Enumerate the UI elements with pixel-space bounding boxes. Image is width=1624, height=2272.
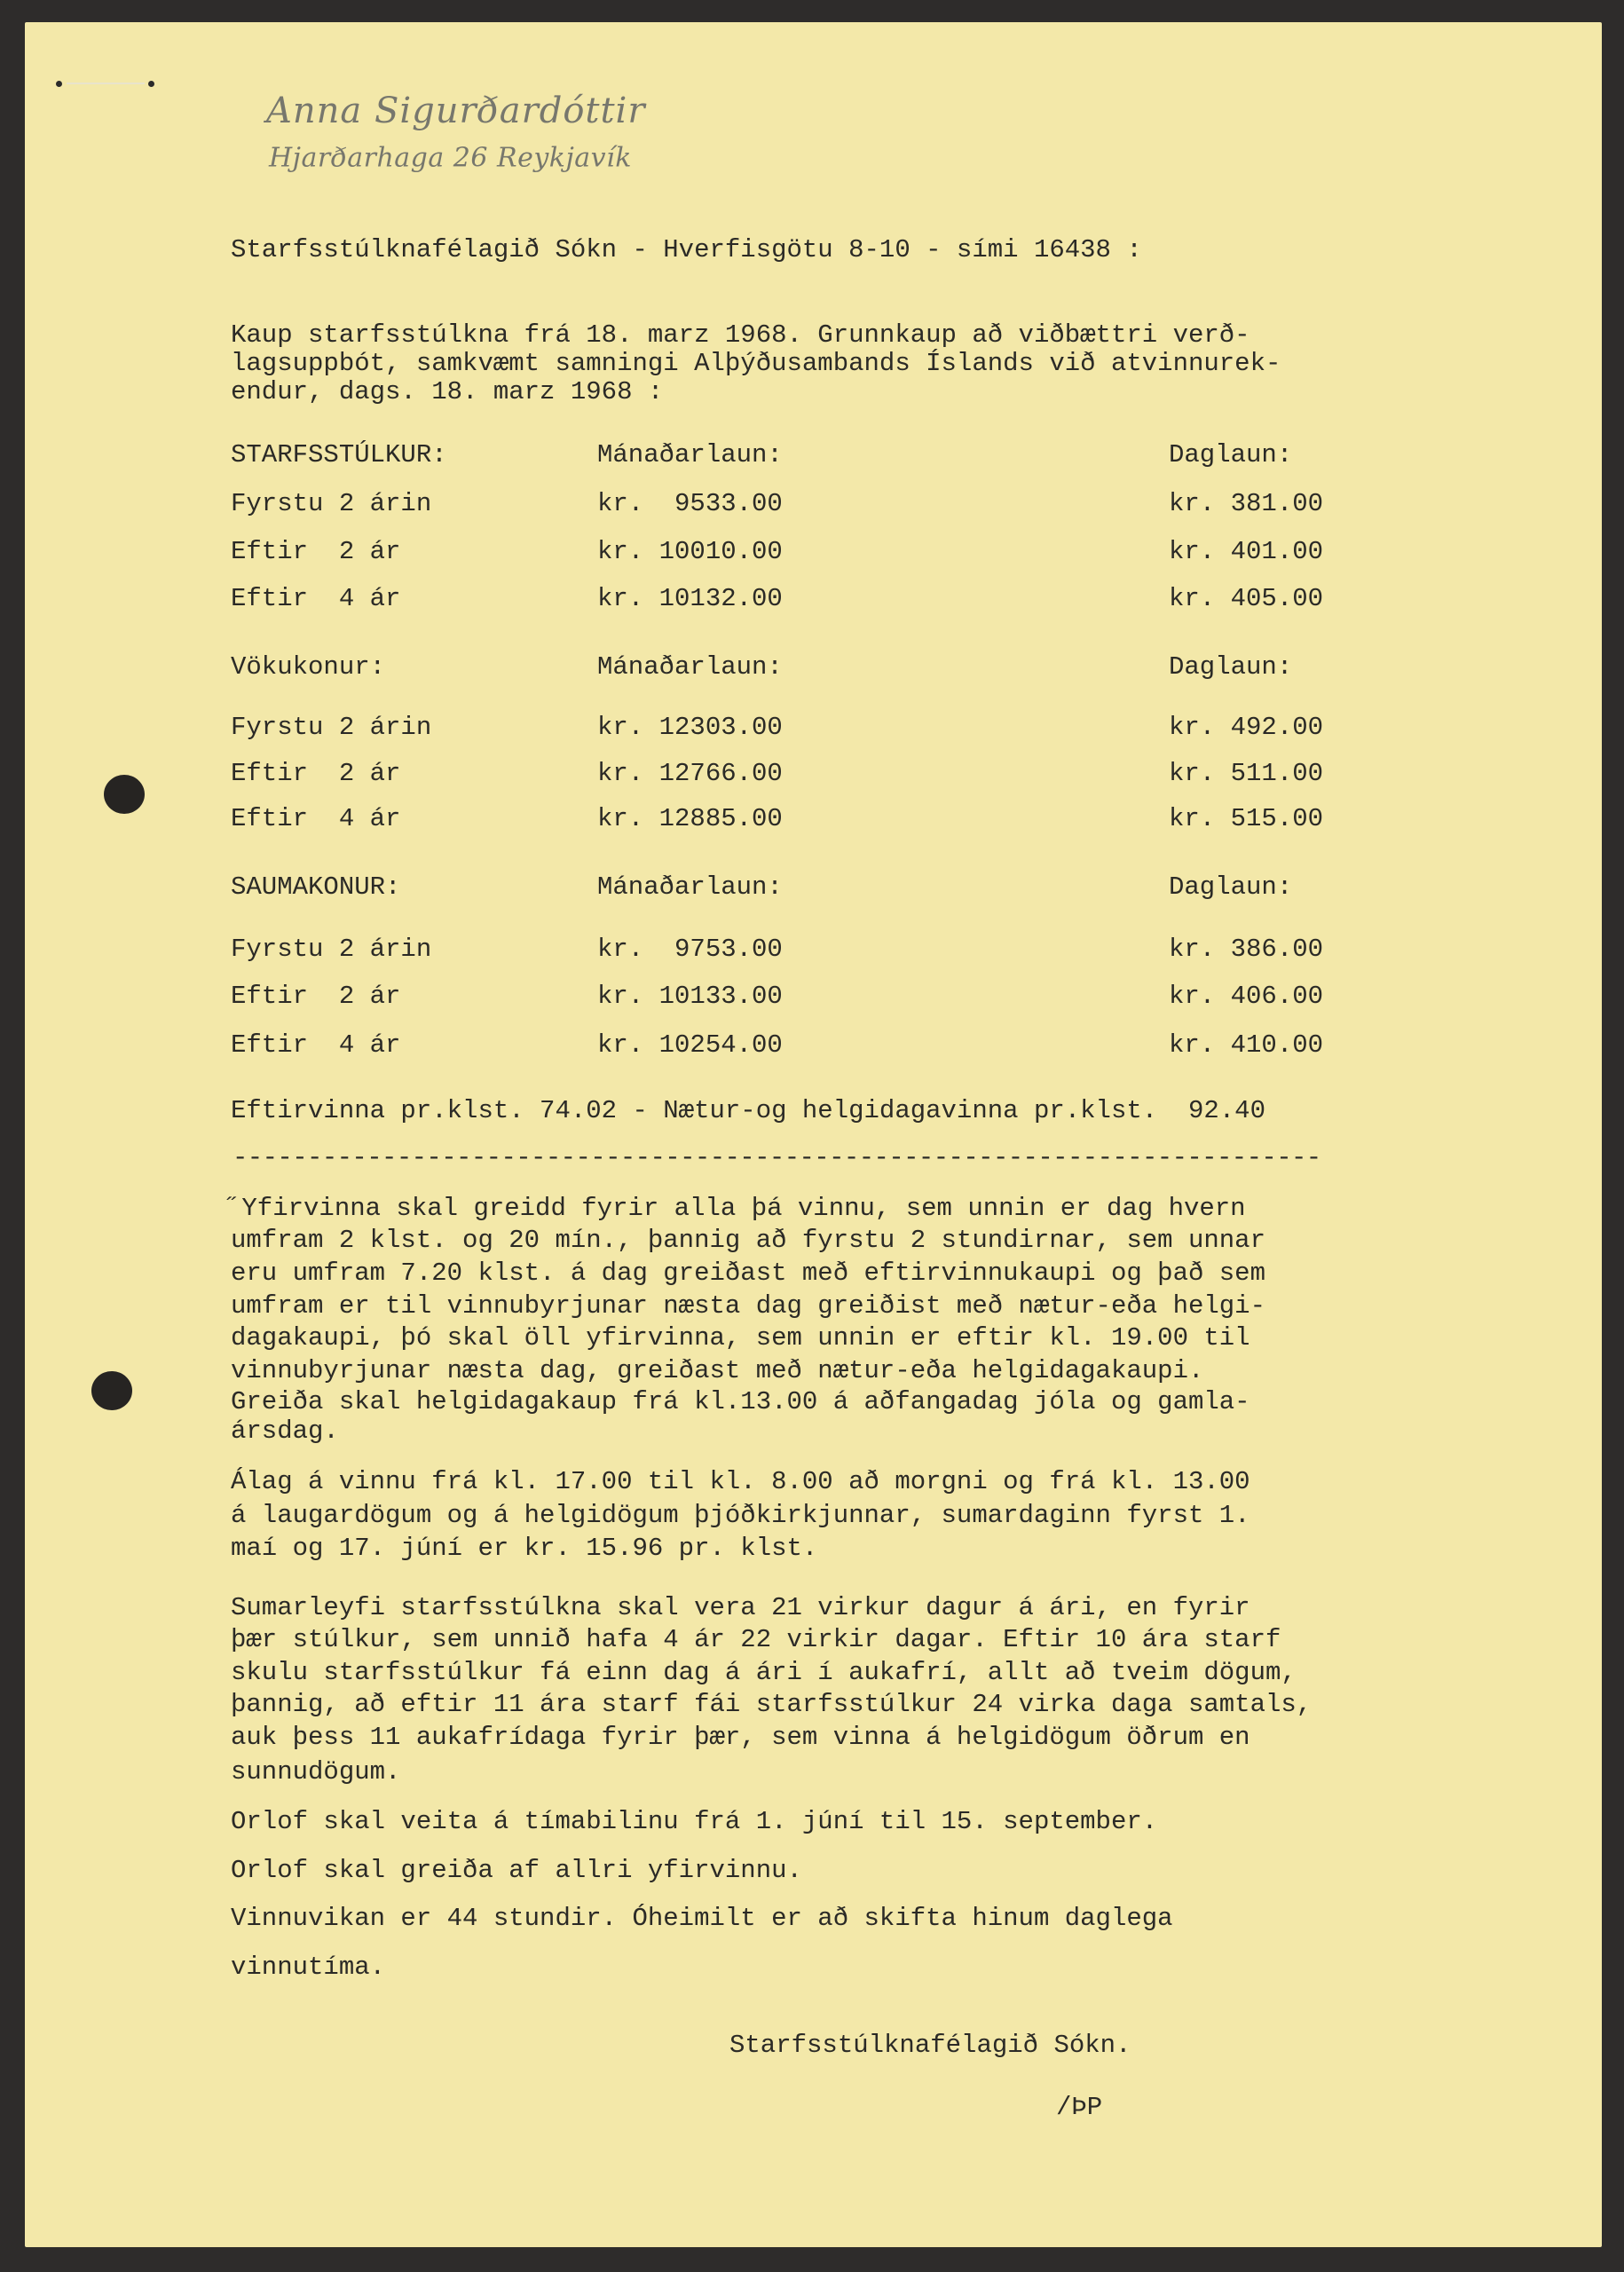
text-line: skulu starfsstúlkur fá einn dag á ári í … xyxy=(231,1657,1297,1689)
leave-pay-line: Orlof skal greiða af allri yfirvinnu. xyxy=(231,1855,802,1887)
daily-header: Daglaun: xyxy=(1169,439,1292,471)
row-label: Eftir 2 ár xyxy=(231,536,400,568)
text-line: á laugardögum og á helgidögum þjóðkirkju… xyxy=(231,1500,1250,1532)
binder-hole-bottom xyxy=(91,1371,132,1410)
row-daily: kr. 511.00 xyxy=(1169,758,1323,790)
category-label: STARFSSTÚLKUR: xyxy=(231,439,447,471)
row-daily: kr. 405.00 xyxy=(1169,583,1323,615)
row-monthly: kr. 9533.00 xyxy=(597,488,783,520)
punch-mark-left xyxy=(56,81,62,87)
category-label: SAUMAKONUR: xyxy=(231,872,400,903)
text-line: umfram er til vinnubyrjunar næsta dag gr… xyxy=(231,1290,1265,1322)
letterhead-name: Anna Sigurðardóttir xyxy=(266,91,645,131)
row-label: Fyrstu 2 árin xyxy=(231,934,431,966)
text-line: Sumarleyfi starfsstúlkna skal vera 21 vi… xyxy=(231,1592,1250,1624)
row-label: Eftir 4 ár xyxy=(231,1029,400,1061)
row-daily: kr. 406.00 xyxy=(1169,981,1323,1013)
intro-line: Kaup starfsstúlkna frá 18. marz 1968. Gr… xyxy=(231,319,1250,351)
row-label: Fyrstu 2 árin xyxy=(231,712,431,744)
overtime-rates-line: Eftirvinna pr.klst. 74.02 - Nætur-og hel… xyxy=(231,1095,1265,1127)
text-line: maí og 17. júní er kr. 15.96 pr. klst. xyxy=(231,1533,817,1565)
row-daily: kr. 492.00 xyxy=(1169,712,1323,744)
row-monthly: kr. 12885.00 xyxy=(597,803,783,835)
paper-scuff xyxy=(67,83,145,84)
text-line: þannig, að eftir 11 ára starf fái starfs… xyxy=(231,1689,1312,1721)
text-line: umfram 2 klst. og 20 mín., þannig að fyr… xyxy=(231,1225,1265,1257)
punch-mark-right xyxy=(148,81,154,87)
letterhead-address: Hjarðarhaga 26 Reykjavík xyxy=(269,143,632,174)
intro-line: lagsuppbót, samkvæmt samningi Alþýðusamb… xyxy=(231,348,1281,380)
work-week-line: vinnutíma. xyxy=(231,1952,385,1984)
row-daily: kr. 386.00 xyxy=(1169,934,1323,966)
row-monthly: kr. 10254.00 xyxy=(597,1029,783,1061)
text-line: Álag á vinnu frá kl. 17.00 til kl. 8.00 … xyxy=(231,1466,1250,1498)
text-line: ˝Yfirvinna skal greidd fyrir alla þá vin… xyxy=(226,1193,1246,1225)
row-monthly: kr. 10133.00 xyxy=(597,981,783,1013)
text-line: eru umfram 7.20 klst. á dag greiðast með… xyxy=(231,1258,1265,1290)
text-line: sunnudögum. xyxy=(231,1756,400,1788)
row-label: Eftir 2 ár xyxy=(231,981,400,1013)
row-monthly: kr. 10132.00 xyxy=(597,583,783,615)
row-daily: kr. 515.00 xyxy=(1169,803,1323,835)
row-monthly: kr. 9753.00 xyxy=(597,934,783,966)
category-label: Vökukonur: xyxy=(231,651,385,683)
work-week-line: Vinnuvikan er 44 stundir. Óheimilt er að… xyxy=(231,1903,1173,1935)
row-label: Eftir 4 ár xyxy=(231,803,400,835)
separator-line: ----------------------------------------… xyxy=(233,1142,1321,1174)
document-heading: Starfsstúlknafélagið Sókn - Hverfisgötu … xyxy=(231,234,1142,266)
row-label: Eftir 2 ár xyxy=(231,758,400,790)
leave-period-line: Orlof skal veita á tímabilinu frá 1. jún… xyxy=(231,1806,1157,1838)
text-line: Greiða skal helgidagakaup frá kl.13.00 á… xyxy=(231,1386,1250,1418)
binder-hole-top xyxy=(104,775,145,814)
text-line: auk þess 11 aukafrídaga fyrir þær, sem v… xyxy=(231,1722,1250,1754)
typist-initials: /ÞP xyxy=(1056,2092,1102,2124)
row-daily: kr. 401.00 xyxy=(1169,536,1323,568)
row-daily: kr. 410.00 xyxy=(1169,1029,1323,1061)
row-label: Eftir 4 ár xyxy=(231,583,400,615)
intro-line: endur, dags. 18. marz 1968 : xyxy=(231,376,663,408)
row-monthly: kr. 12303.00 xyxy=(597,712,783,744)
row-monthly: kr. 10010.00 xyxy=(597,536,783,568)
monthly-header: Mánaðarlaun: xyxy=(597,439,783,471)
row-daily: kr. 381.00 xyxy=(1169,488,1323,520)
monthly-header: Mánaðarlaun: xyxy=(597,651,783,683)
row-label: Fyrstu 2 árin xyxy=(231,488,431,520)
row-monthly: kr. 12766.00 xyxy=(597,758,783,790)
text-line: ársdag. xyxy=(231,1416,339,1448)
daily-header: Daglaun: xyxy=(1169,872,1292,903)
text-line: dagakaupi, þó skal öll yfirvinna, sem un… xyxy=(231,1322,1250,1354)
monthly-header: Mánaðarlaun: xyxy=(597,872,783,903)
text-line: þær stúlkur, sem unnið hafa 4 ár 22 virk… xyxy=(231,1624,1281,1656)
text-line: vinnubyrjunar næsta dag, greiðast með næ… xyxy=(231,1355,1203,1387)
daily-header: Daglaun: xyxy=(1169,651,1292,683)
signature: Starfsstúlknafélagið Sókn. xyxy=(729,2030,1131,2062)
